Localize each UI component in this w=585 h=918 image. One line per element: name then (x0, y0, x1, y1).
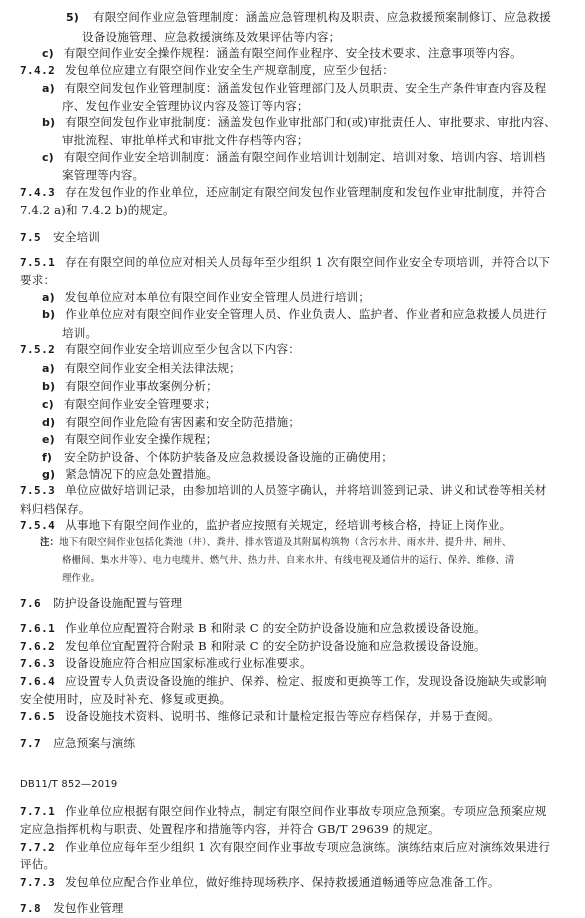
clause-761: 7.6.1作业单位应配置符合附录 B 和附录 C 的安全防护设备设施和应急救援设… (20, 620, 486, 637)
item-label: a) (42, 291, 55, 304)
item-label: b) (42, 308, 55, 321)
item-label: g) (42, 468, 55, 481)
clause-743-cont: 7.4.2 a)和 7.4.2 b)的规定。 (20, 202, 175, 218)
clause-742-item-a: a)有限空间发包作业管理制度：涵盖发包作业管理部门及人员职责、安全生产条件审查内… (42, 80, 546, 97)
clause-number: 7.6.1 (20, 622, 55, 635)
clause-763: 7.6.3设备设施应符合相应国家标准或行业标准要求。 (20, 655, 312, 672)
clause-number: 7.6.3 (20, 657, 55, 670)
section-title: 安全培训 (53, 230, 100, 244)
clause-number: 7.6.2 (20, 640, 55, 653)
clause-752: 7.5.2有限空间作业安全培训应至少包含以下内容： (20, 341, 300, 358)
section-heading-7-6: 7.6防护设备设施配置与管理 (20, 595, 182, 612)
clause-number: 7.7.1 (20, 805, 55, 818)
section-title: 应急预案与演练 (53, 736, 135, 750)
item-text: 有限空间作业应急管理制度：涵盖应急管理机构及职责、应急救援预案制修订、应急救援 (93, 10, 551, 24)
clause-751-item-b-cont: 培训。 (62, 325, 97, 341)
clause-764-cont: 安全使用时，应及时补充、修复或更换。 (20, 691, 231, 707)
section-number: 7.7 (20, 737, 41, 750)
item-text: 有限空间作业安全相关法律法规； (65, 361, 241, 375)
clause-741-item-5: 5)有限空间作业应急管理制度：涵盖应急管理机构及职责、应急救援预案制修订、应急救… (66, 9, 551, 26)
clause-752-item-e: e)有限空间作业安全操作规程； (42, 431, 217, 448)
clause-765: 7.6.5设备设施技术资料、说明书、维修记录和计量检定报告等应存档保存，并易于查… (20, 708, 500, 725)
note-text: 地下有限空间作业包括化粪池（井）、粪井、排水管道及其附属构筑物（含污水井、雨水井… (59, 537, 512, 548)
clause-number: 7.4.2 (20, 64, 55, 77)
clause-743: 7.4.3存在发包作业的作业单位，还应制定有限空间发包作业管理制度和发包作业审批… (20, 184, 547, 201)
section-title: 防护设备设施配置与管理 (53, 596, 182, 610)
clause-751: 7.5.1存在有限空间的单位应对相关人员每年至少组织 1 次有限空间作业安全专项… (20, 254, 550, 271)
clause-742-item-b: b)有限空间发包作业审批制度：涵盖发包作业审批部门和(或)审批责任人、审批要求、… (42, 114, 556, 131)
clause-text: 有限空间作业安全培训应至少包含以下内容： (65, 342, 300, 356)
clause-number: 7.6.4 (20, 675, 55, 688)
item-text: 作业单位应对有限空间作业安全管理人员、作业负责人、监护者、作业者和应急救援人员进… (65, 307, 547, 321)
clause-764: 7.6.4应设置专人负责设备设施的维护、保养、检定、报废和更换等工作，发现设备设… (20, 673, 547, 690)
item-label: c) (42, 151, 54, 164)
item-text: 有限空间作业安全管理要求； (64, 397, 217, 411)
item-label: c) (42, 398, 54, 411)
clause-741-item-c: c)有限空间作业安全操作规程：涵盖有限空间作业程序、安全技术要求、注意事项等内容… (42, 45, 522, 62)
item-text: 有限空间发包作业审批制度：涵盖发包作业审批部门和(或)审批责任人、审批要求、审批… (65, 115, 556, 129)
item-text: 紧急情况下的应急处置措施。 (65, 467, 218, 481)
item-text: 有限空间作业事故案例分析； (65, 379, 218, 393)
clause-754-note-cont-2: 理作业。 (62, 572, 100, 586)
item-label: f) (42, 451, 52, 464)
item-text: 安全防护设备、个体防护装备及应急救援设备设施的正确使用； (64, 450, 393, 464)
item-label: a) (42, 362, 55, 375)
item-label: c) (42, 47, 54, 60)
clause-text: 从事地下有限空间作业的，监护者应按照有关规定，经培训考核合格，持证上岗作业。 (65, 518, 511, 532)
clause-number: 7.5.1 (20, 256, 55, 269)
section-heading-7-7: 7.7应急预案与演练 (20, 735, 135, 752)
item-text: 有限空间作业安全操作规程； (65, 432, 218, 446)
clause-text: 发包单位应建立有限空间作业安全生产规章制度，应至少包括： (65, 63, 394, 77)
section-heading-7-8: 7.8发包作业管理 (20, 900, 124, 917)
clause-752-item-b: b)有限空间作业事故案例分析； (42, 378, 218, 395)
section-number: 7.6 (20, 597, 41, 610)
clause-text: 存在有限空间的单位应对相关人员每年至少组织 1 次有限空间作业安全专项培训，并符… (65, 255, 550, 269)
item-text: 有限空间发包作业管理制度：涵盖发包作业管理部门及人员职责、安全生产条件审查内容及… (65, 81, 547, 95)
clause-772-cont: 评估。 (20, 856, 55, 872)
clause-742-item-c-cont: 案管理等内容。 (62, 167, 144, 183)
clause-754-note: 注：地下有限空间作业包括化粪池（井）、粪井、排水管道及其附属构筑物（含污水井、雨… (40, 536, 512, 550)
item-text: 有限空间作业安全操作规程：涵盖有限空间作业程序、安全技术要求、注意事项等内容。 (64, 46, 522, 60)
clause-number: 7.5.3 (20, 484, 55, 497)
clause-741-item-5-cont: 设备设施管理、应急救援演练及效果评估等内容； (82, 29, 340, 45)
clause-742: 7.4.2发包单位应建立有限空间作业安全生产规章制度，应至少包括： (20, 62, 394, 79)
clause-751-cont: 要求： (20, 272, 55, 288)
section-number: 7.5 (20, 231, 41, 244)
clause-number: 7.5.4 (20, 519, 55, 532)
clause-text: 单位应做好培训记录，由参加培训的人员签字确认，并将培训签到记录、讲义和试卷等相关… (65, 483, 547, 497)
section-title: 发包作业管理 (53, 901, 123, 915)
section-number: 7.8 (20, 902, 41, 915)
clause-742-item-c: c)有限空间作业安全培训制度：涵盖有限空间作业培训计划制定、培训对象、培训内容、… (42, 149, 545, 166)
clause-753: 7.5.3单位应做好培训记录，由参加培训的人员签字确认，并将培训签到记录、讲义和… (20, 482, 547, 499)
clause-number: 7.6.5 (20, 710, 55, 723)
clause-number: 7.7.3 (20, 876, 55, 889)
item-text: 有限空间作业危险有害因素和安全防范措施； (65, 415, 300, 429)
item-label: d) (42, 416, 55, 429)
document-header: DB11/T 852—2019 (20, 777, 117, 793)
clause-762: 7.6.2发包单位宜配置符合附录 B 和附录 C 的安全防护设备设施和应急救援设… (20, 638, 486, 655)
item-label: a) (42, 82, 55, 95)
item-label: b) (42, 380, 55, 393)
clause-772: 7.7.2作业单位应每年至少组织 1 次有限空间作业事故专项应急演练。演练结束后… (20, 839, 550, 856)
clause-754: 7.5.4从事地下有限空间作业的，监护者应按照有关规定，经培训考核合格，持证上岗… (20, 517, 511, 534)
clause-number: 7.7.2 (20, 841, 55, 854)
item-label: e) (42, 433, 55, 446)
clause-text: 作业单位应每年至少组织 1 次有限空间作业事故专项应急演练。演练结束后应对演练效… (65, 840, 550, 854)
clause-text: 发包单位应配合作业单位，做好维持现场秩序、保持救援通道畅通等应急准备工作。 (65, 875, 500, 889)
item-label: 5) (66, 11, 79, 24)
clause-742-item-a-cont: 序、发包作业安全管理协议内容及签订等内容； (62, 98, 309, 114)
clause-752-item-f: f)安全防护设备、个体防护装备及应急救援设备设施的正确使用； (42, 449, 393, 466)
clause-text: 存在发包作业的作业单位，还应制定有限空间发包作业管理制度和发包作业审批制度，并符… (65, 185, 547, 199)
clause-773: 7.7.3发包单位应配合作业单位，做好维持现场秩序、保持救援通道畅通等应急准备工… (20, 874, 500, 891)
item-text: 发包单位应对本单位有限空间作业安全管理人员进行培训； (65, 290, 370, 304)
clause-number: 7.4.3 (20, 186, 55, 199)
clause-752-item-c: c)有限空间作业安全管理要求； (42, 396, 217, 413)
item-label: b) (42, 116, 55, 129)
clause-text: 设备设施应符合相应国家标准或行业标准要求。 (65, 656, 312, 670)
clause-752-item-d: d)有限空间作业危险有害因素和安全防范措施； (42, 414, 300, 431)
clause-751-item-a: a)发包单位应对本单位有限空间作业安全管理人员进行培训； (42, 289, 370, 306)
clause-text: 作业单位应配置符合附录 B 和附录 C 的安全防护设备设施和应急救援设备设施。 (65, 621, 486, 635)
clause-752-item-g: g)紧急情况下的应急处置措施。 (42, 466, 218, 483)
clause-text: 发包单位宜配置符合附录 B 和附录 C 的安全防护设备设施和应急救援设备设施。 (65, 639, 486, 653)
clause-text: 作业单位应根据有限空间作业特点，制定有限空间作业事故专项应急预案。专项应急预案应… (65, 804, 547, 818)
clause-752-item-a: a)有限空间作业安全相关法律法规； (42, 360, 241, 377)
clause-751-item-b: b)作业单位应对有限空间作业安全管理人员、作业负责人、监护者、作业者和应急救援人… (42, 306, 547, 323)
section-heading-7-5: 7.5安全培训 (20, 229, 100, 246)
note-label: 注： (40, 537, 59, 548)
clause-771-cont: 定应急指挥机构与职责、处置程序和措施等内容，并符合 GB/T 29639 的规定… (20, 821, 440, 837)
clause-number: 7.5.2 (20, 343, 55, 356)
clause-754-note-cont-1: 格栅间、集水井等）、电力电缆井、燃气井、热力井、自来水井、有线电视及通信井的运行… (62, 554, 515, 568)
clause-text: 设备设施技术资料、说明书、维修记录和计量检定报告等应存档保存，并易于查阅。 (65, 709, 500, 723)
clause-742-item-b-cont: 审批流程、审批单样式和审批文件存档等内容； (62, 132, 309, 148)
clause-753-cont: 料归档保存。 (20, 501, 90, 517)
item-text: 有限空间作业安全培训制度：涵盖有限空间作业培训计划制定、培训对象、培训内容、培训… (64, 150, 546, 164)
clause-text: 应设置专人负责设备设施的维护、保养、检定、报废和更换等工作，发现设备设施缺失或影… (65, 674, 547, 688)
clause-771: 7.7.1作业单位应根据有限空间作业特点，制定有限空间作业事故专项应急预案。专项… (20, 803, 547, 820)
